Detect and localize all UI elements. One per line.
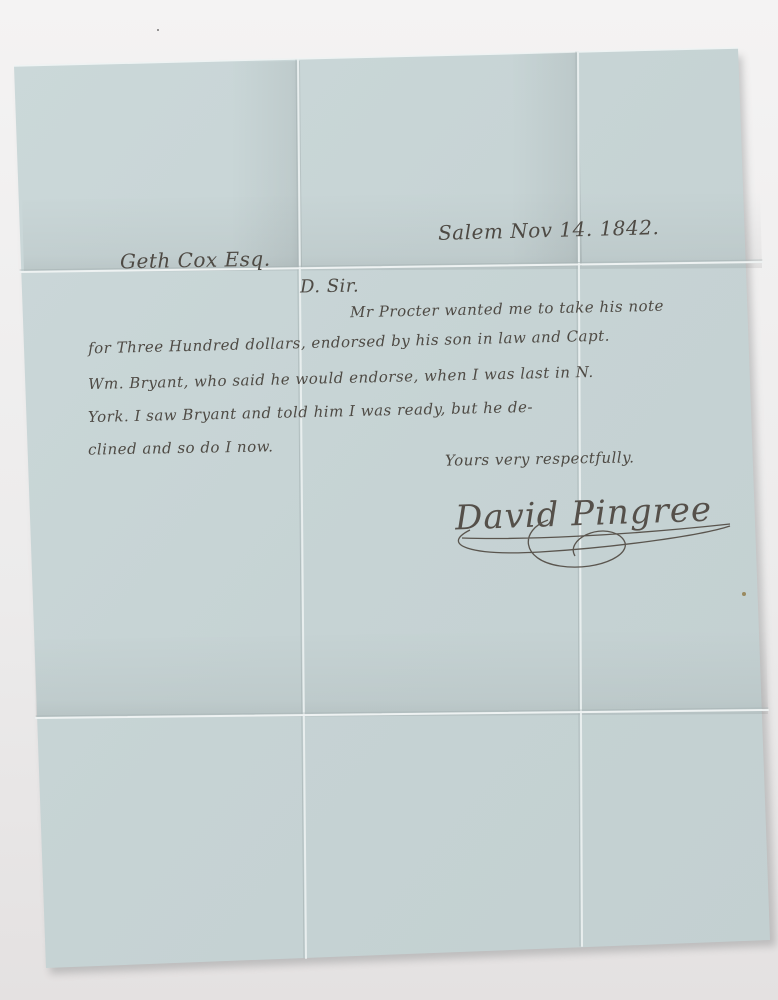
stain-speck <box>742 592 746 596</box>
closing: Yours very respectfully. <box>445 448 635 469</box>
addressee: Geth Cox Esq. <box>120 247 271 274</box>
salutation: D. Sir. <box>300 275 360 297</box>
body-line: clined and so do I now. <box>88 437 274 458</box>
